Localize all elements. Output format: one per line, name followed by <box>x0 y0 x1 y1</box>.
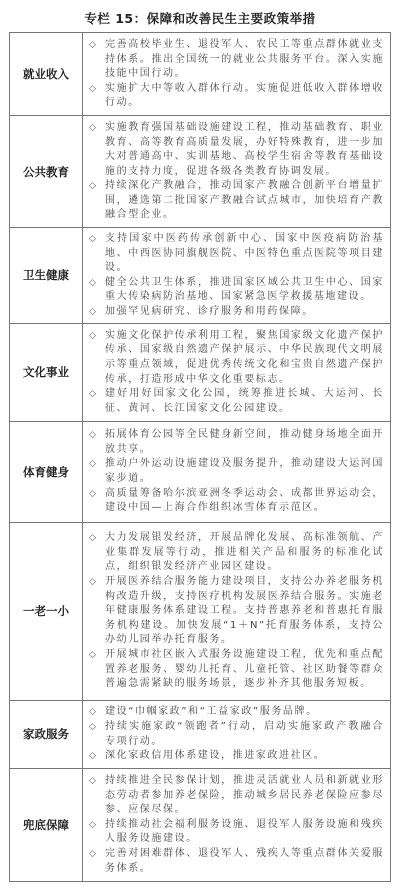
diamond-bullet-icon: ◇ <box>89 179 105 223</box>
diamond-bullet-icon: ◇ <box>89 749 105 764</box>
category-label: 一老一小 <box>10 522 83 700</box>
policy-text: 完善高校毕业生、退役军人、农民工等重点群体就业支持体系。推出全国统一的就业公共服… <box>105 38 384 82</box>
policy-text: 支持国家中医药传承创新中心、国家中医疫病防治基地、中西医协同旗舰医院、中医特色重… <box>105 232 384 276</box>
diamond-bullet-icon: ◇ <box>89 531 105 575</box>
list-item: ◇持续实施家政“领跑者”行动，启动实施家政产教融合专项行动。 <box>89 720 384 749</box>
category-label: 文化事业 <box>10 323 83 421</box>
policy-list: ◇实施文化保护传承利用工程，聚焦国家级文化遗产保护传承、国家级自然遗产保护展示、… <box>83 323 391 421</box>
diamond-bullet-icon: ◇ <box>89 457 105 486</box>
list-item: ◇建好用好国家文化公园，统筹推进长城、大运河、长征、黄河、长江国家文化公园建设。 <box>89 387 384 416</box>
list-item: ◇健全公共卫生体系，推进国家区域公共卫生中心、国家重大传染病防治基地、国家紧急医… <box>89 276 384 305</box>
policy-text: 健全公共卫生体系，推进国家区域公共卫生中心、国家重大传染病防治基地、国家紧急医学… <box>105 276 384 305</box>
policy-text: 实施文化保护传承利用工程，聚焦国家级文化遗产保护传承、国家级自然遗产保护展示、中… <box>105 329 384 387</box>
list-item: ◇拓展体育公园等全民健身新空间，推动健身场地全面开放共享。 <box>89 428 384 457</box>
list-item: ◇完善高校毕业生、退役军人、农民工等重点群体就业支持体系。推出全国统一的就业公共… <box>89 38 384 82</box>
category-label: 体育健身 <box>10 421 83 522</box>
list-item: ◇推动户外运动设施建设及服务提升，推动建设大运河国家步道。 <box>89 457 384 486</box>
diamond-bullet-icon: ◇ <box>89 428 105 457</box>
diamond-bullet-icon: ◇ <box>89 774 105 818</box>
list-item: ◇实施扩大中等收入群体行动。实施促进低收入群体增收行动。 <box>89 82 384 111</box>
table-row: 卫生健康◇支持国家中医药传承创新中心、国家中医疫病防治基地、中西医协同旗舰医院、… <box>10 228 391 324</box>
table-row: 就业收入◇完善高校毕业生、退役军人、农民工等重点群体就业支持体系。推出全国统一的… <box>10 33 391 116</box>
diamond-bullet-icon: ◇ <box>89 329 105 387</box>
page-title: 专栏 15：保障和改善民生主要政策举措 <box>0 9 400 27</box>
category-label: 就业收入 <box>10 33 83 116</box>
policy-text: 大力发展银发经济，开展品牌化发展、高标准领航、产业集群发展等行动，推进相关产品和… <box>105 531 384 575</box>
diamond-bullet-icon: ◇ <box>89 487 105 516</box>
policy-text: 持续推动社会福利服务设施、退役军人服务设施和残疾人服务设施建设。 <box>105 818 384 847</box>
diamond-bullet-icon: ◇ <box>89 305 105 320</box>
policy-text: 开展城市社区嵌入式服务设施建设工程，优先和重点配置养老服务、婴幼儿托育、儿童托管… <box>105 648 384 692</box>
policy-text: 深化家政信用体系建设，推进家政进社区。 <box>105 749 384 764</box>
diamond-bullet-icon: ◇ <box>89 648 105 692</box>
list-item: ◇建设“巾帼家政”和“工益家政”服务品牌。 <box>89 705 384 720</box>
policy-text: 完善对困难群体、退役军人、残疾人等重点群体关爱服务体系。 <box>105 847 384 876</box>
list-item: ◇深化家政信用体系建设，推进家政进社区。 <box>89 749 384 764</box>
list-item: ◇完善对困难群体、退役军人、残疾人等重点群体关爱服务体系。 <box>89 847 384 876</box>
policy-text: 加强罕见病研究、诊疗服务和用药保障。 <box>105 305 384 320</box>
list-item: ◇开展医养结合服务能力建设项目，支持公办养老服务机构改造升级，支持医疗机构发展医… <box>89 575 384 648</box>
policy-text: 建设“巾帼家政”和“工益家政”服务品牌。 <box>105 705 384 720</box>
policy-list: ◇拓展体育公园等全民健身新空间，推动健身场地全面开放共享。◇推动户外运动设施建设… <box>83 421 391 522</box>
policy-text: 持续实施家政“领跑者”行动，启动实施家政产教融合专项行动。 <box>105 720 384 749</box>
diamond-bullet-icon: ◇ <box>89 38 105 82</box>
category-label: 公共教育 <box>10 116 83 228</box>
policy-text: 持续深化产教融合，推动国家产教融合创新平台增量扩围，遴选第二批国家产教融合试点城… <box>105 179 384 223</box>
list-item: ◇持续深化产教融合，推动国家产教融合创新平台增量扩围，遴选第二批国家产教融合试点… <box>89 179 384 223</box>
category-label: 家政服务 <box>10 700 83 768</box>
policy-text: 拓展体育公园等全民健身新空间，推动健身场地全面开放共享。 <box>105 428 384 457</box>
diamond-bullet-icon: ◇ <box>89 575 105 648</box>
diamond-bullet-icon: ◇ <box>89 82 105 111</box>
category-label: 兜底保障 <box>10 768 83 881</box>
policy-text: 实施教育强国基础设施建设工程，推动基础教育、职业教育、高等教育高质量发展，办好特… <box>105 121 384 179</box>
diamond-bullet-icon: ◇ <box>89 276 105 305</box>
list-item: ◇大力发展银发经济，开展品牌化发展、高标准领航、产业集群发展等行动，推进相关产品… <box>89 531 384 575</box>
table-row: 家政服务◇建设“巾帼家政”和“工益家政”服务品牌。◇持续实施家政“领跑者”行动，… <box>10 700 391 768</box>
table-row: 一老一小◇大力发展银发经济，开展品牌化发展、高标准领航、产业集群发展等行动，推进… <box>10 522 391 700</box>
policy-text: 高质量筹备哈尔滨亚洲冬季运动会、成都世界运动会，建设中国—上海合作组织冰雪体育示… <box>105 487 384 516</box>
policy-list: ◇大力发展银发经济，开展品牌化发展、高标准领航、产业集群发展等行动，推进相关产品… <box>83 522 391 700</box>
list-item: ◇支持国家中医药传承创新中心、国家中医疫病防治基地、中西医协同旗舰医院、中医特色… <box>89 232 384 276</box>
policy-text: 实施扩大中等收入群体行动。实施促进低收入群体增收行动。 <box>105 82 384 111</box>
list-item: ◇开展城市社区嵌入式服务设施建设工程，优先和重点配置养老服务、婴幼儿托育、儿童托… <box>89 648 384 692</box>
diamond-bullet-icon: ◇ <box>89 818 105 847</box>
table-row: 文化事业◇实施文化保护传承利用工程，聚焦国家级文化遗产保护传承、国家级自然遗产保… <box>10 323 391 421</box>
diamond-bullet-icon: ◇ <box>89 387 105 416</box>
diamond-bullet-icon: ◇ <box>89 121 105 179</box>
policy-list: ◇持续推进全民参保计划，推进灵活就业人员和新就业形态劳动者参加养老保险，推动城乡… <box>83 768 391 881</box>
list-item: ◇持续推动社会福利服务设施、退役军人服务设施和残疾人服务设施建设。 <box>89 818 384 847</box>
policy-list: ◇实施教育强国基础设施建设工程，推动基础教育、职业教育、高等教育高质量发展，办好… <box>83 116 391 228</box>
diamond-bullet-icon: ◇ <box>89 720 105 749</box>
list-item: ◇高质量筹备哈尔滨亚洲冬季运动会、成都世界运动会，建设中国—上海合作组织冰雪体育… <box>89 487 384 516</box>
list-item: ◇持续推进全民参保计划，推进灵活就业人员和新就业形态劳动者参加养老保险，推动城乡… <box>89 774 384 818</box>
policy-list: ◇支持国家中医药传承创新中心、国家中医疫病防治基地、中西医协同旗舰医院、中医特色… <box>83 228 391 324</box>
diamond-bullet-icon: ◇ <box>89 232 105 276</box>
category-label: 卫生健康 <box>10 228 83 324</box>
table-row: 体育健身◇拓展体育公园等全民健身新空间，推动健身场地全面开放共享。◇推动户外运动… <box>10 421 391 522</box>
policy-text: 建好用好国家文化公园，统筹推进长城、大运河、长征、黄河、长江国家文化公园建设。 <box>105 387 384 416</box>
diamond-bullet-icon: ◇ <box>89 705 105 720</box>
policy-text: 推动户外运动设施建设及服务提升，推动建设大运河国家步道。 <box>105 457 384 486</box>
policy-list: ◇建设“巾帼家政”和“工益家政”服务品牌。◇持续实施家政“领跑者”行动，启动实施… <box>83 700 391 768</box>
list-item: ◇加强罕见病研究、诊疗服务和用药保障。 <box>89 305 384 320</box>
policy-text: 开展医养结合服务能力建设项目，支持公办养老服务机构改造升级，支持医疗机构发展医养… <box>105 575 384 648</box>
policy-list: ◇完善高校毕业生、退役军人、农民工等重点群体就业支持体系。推出全国统一的就业公共… <box>83 33 391 116</box>
list-item: ◇实施文化保护传承利用工程，聚焦国家级文化遗产保护传承、国家级自然遗产保护展示、… <box>89 329 384 387</box>
diamond-bullet-icon: ◇ <box>89 847 105 876</box>
table-row: 兜底保障◇持续推进全民参保计划，推进灵活就业人员和新就业形态劳动者参加养老保险，… <box>10 768 391 881</box>
policy-table: 就业收入◇完善高校毕业生、退役军人、农民工等重点群体就业支持体系。推出全国统一的… <box>9 32 391 882</box>
list-item: ◇实施教育强国基础设施建设工程，推动基础教育、职业教育、高等教育高质量发展，办好… <box>89 121 384 179</box>
table-row: 公共教育◇实施教育强国基础设施建设工程，推动基础教育、职业教育、高等教育高质量发… <box>10 116 391 228</box>
policy-text: 持续推进全民参保计划，推进灵活就业人员和新就业形态劳动者参加养老保险，推动城乡居… <box>105 774 384 818</box>
